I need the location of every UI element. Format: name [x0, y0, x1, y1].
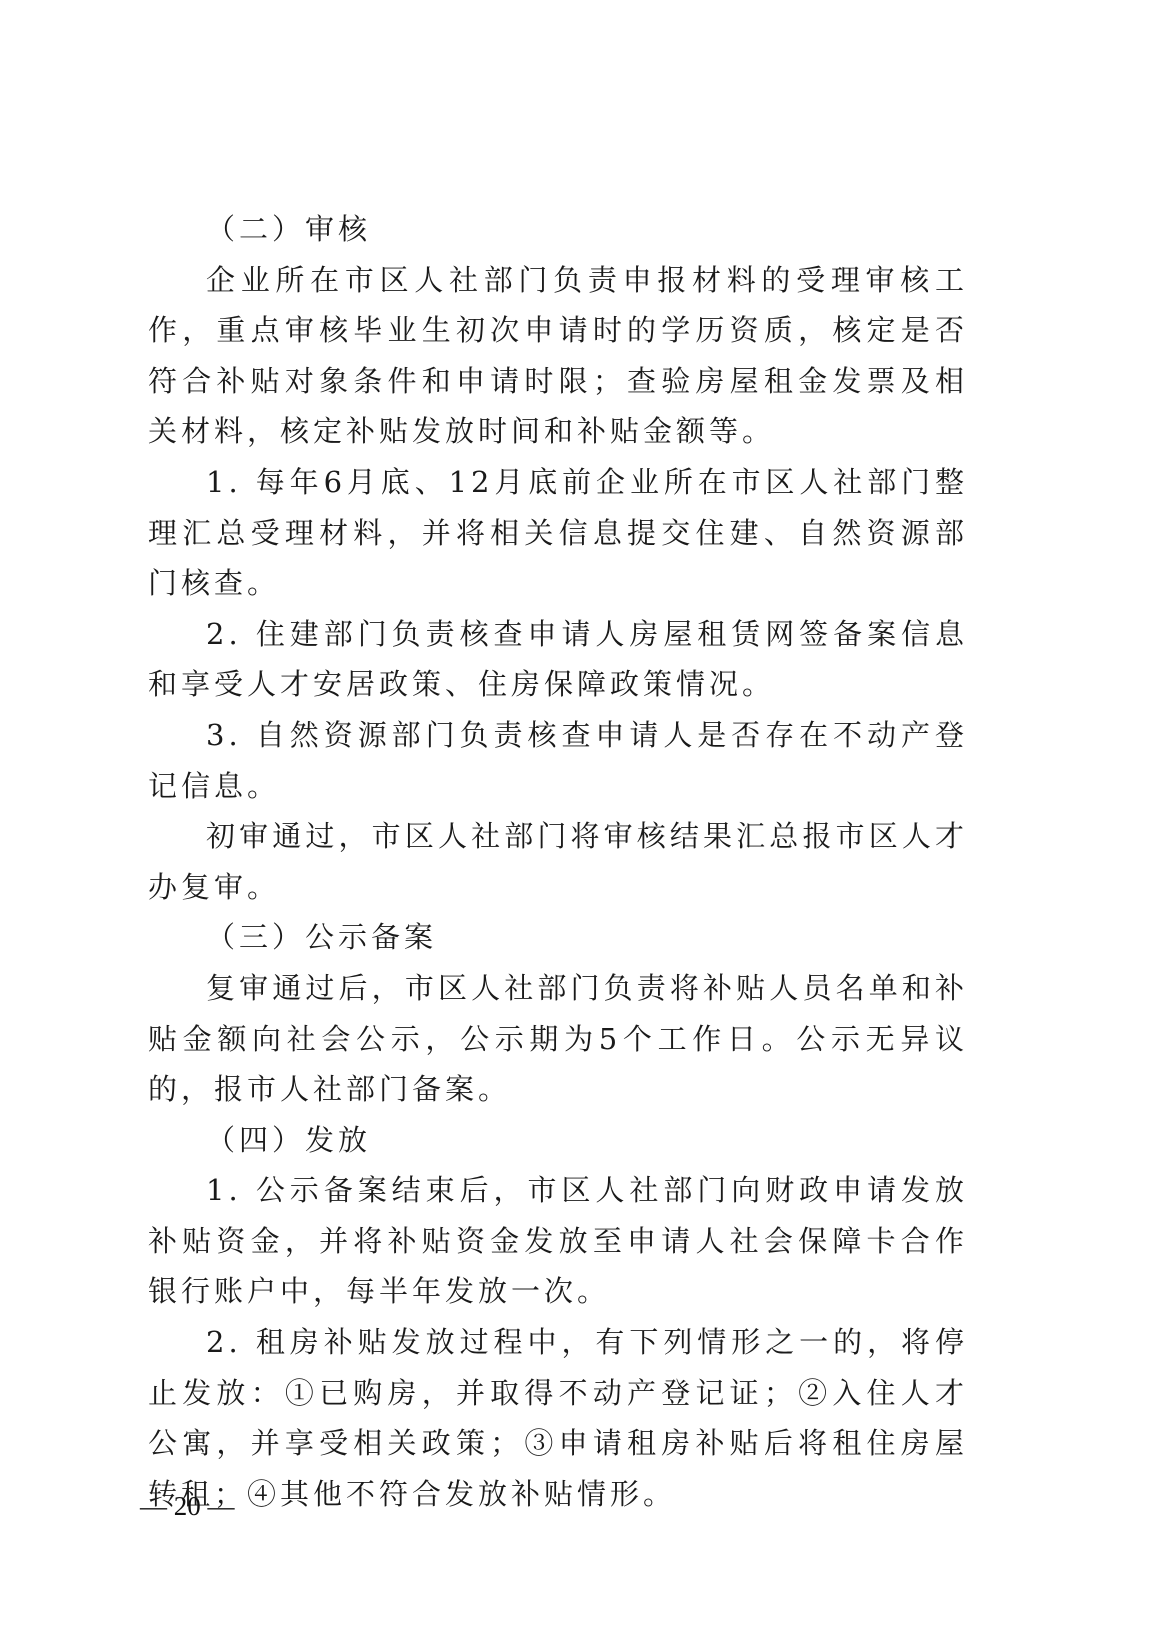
document-body: （二）审核 企业所在市区人社部门负责申报材料的受理审核工作，重点审核毕业生初次申…	[148, 204, 968, 1519]
page-number: — 20 —	[140, 1491, 235, 1522]
section-heading-disbursement: （四）发放	[148, 1115, 968, 1166]
paragraph-review-item-1: 1. 每年6月底、12月底前企业所在市区人社部门整理汇总受理材料，并将相关信息提…	[148, 457, 968, 609]
paragraph-disbursement-item-1: 1. 公示备案结束后，市区人社部门向财政申请发放补贴资金，并将补贴资金发放至申请…	[148, 1165, 968, 1317]
section-heading-review: （二）审核	[148, 204, 968, 255]
paragraph-review-item-2: 2. 住建部门负责核查申请人房屋租赁网签备案信息和享受人才安居政策、住房保障政策…	[148, 609, 968, 710]
paragraph-review-item-3: 3. 自然资源部门负责核查申请人是否存在不动产登记信息。	[148, 710, 968, 811]
section-heading-publicity: （三）公示备案	[148, 912, 968, 963]
paragraph-review-intro: 企业所在市区人社部门负责申报材料的受理审核工作，重点审核毕业生初次申请时的学历资…	[148, 255, 968, 457]
paragraph-disbursement-item-2: 2. 租房补贴发放过程中，有下列情形之一的，将停止发放：①已购房，并取得不动产登…	[148, 1317, 968, 1519]
paragraph-review-conclusion: 初审通过，市区人社部门将审核结果汇总报市区人才办复审。	[148, 811, 968, 912]
paragraph-publicity: 复审通过后，市区人社部门负责将补贴人员名单和补贴金额向社会公示，公示期为5个工作…	[148, 963, 968, 1115]
